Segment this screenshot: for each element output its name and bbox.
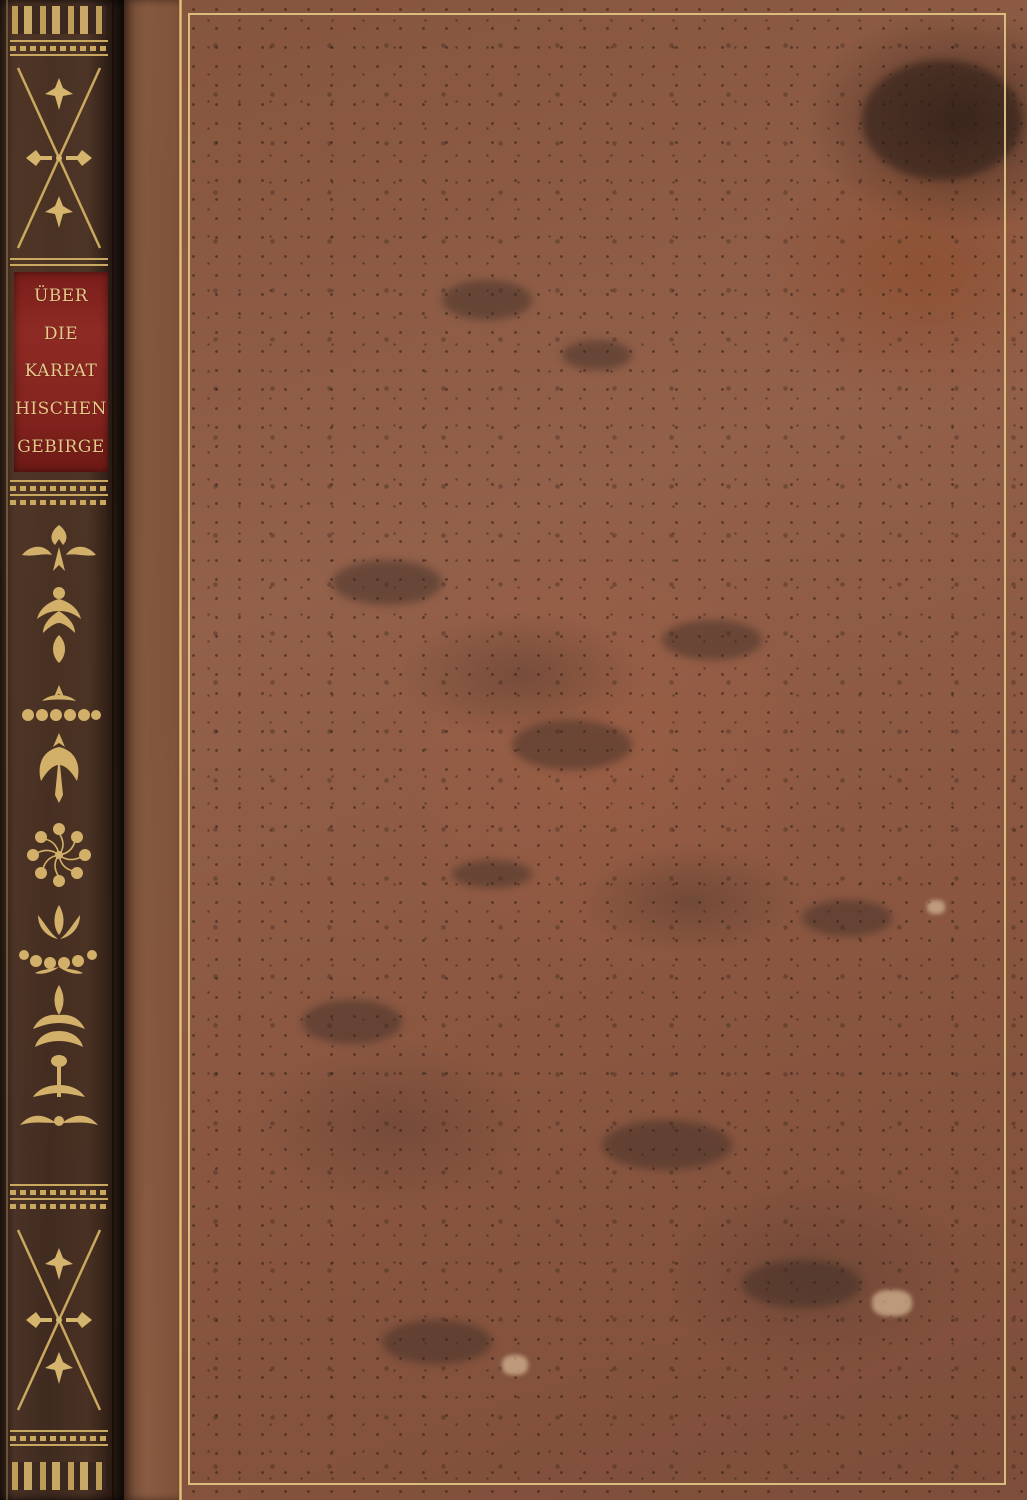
spine-band-tail bbox=[10, 1182, 108, 1212]
spine-panel-top-ornament bbox=[12, 58, 106, 258]
cross-fleuron-icon bbox=[12, 58, 106, 258]
spine-title-line-2: DIE bbox=[44, 326, 78, 343]
leather-scuff bbox=[872, 1290, 912, 1316]
spine-band-label-bottom bbox=[10, 478, 108, 508]
spine-title-line-1: ÜBER bbox=[34, 288, 88, 305]
spine-title-line-5: GEBIRGE bbox=[17, 439, 105, 456]
spine-right-edge bbox=[112, 0, 114, 1500]
spine-tail-tooling bbox=[12, 1462, 106, 1490]
gilt-ornaments-icon bbox=[12, 515, 106, 1165]
leather-blotch bbox=[382, 1320, 492, 1364]
leather-blotch bbox=[332, 560, 442, 605]
leather-scuff bbox=[927, 900, 945, 914]
cross-fleuron-icon bbox=[12, 1220, 106, 1420]
spine-head-tooling bbox=[12, 6, 106, 34]
spine-title-line-4: HISCHEN bbox=[15, 401, 107, 418]
leather-blotch bbox=[442, 280, 532, 320]
leather-blotch bbox=[302, 1000, 402, 1044]
spine-band-foot bbox=[10, 1428, 108, 1458]
leather-blotch bbox=[662, 620, 762, 660]
spine-panel-bottom-ornament bbox=[12, 1220, 106, 1420]
spine-title-line-3: KARPAT bbox=[25, 363, 98, 380]
leather-blotch bbox=[512, 720, 632, 770]
spine-ornament-column bbox=[12, 515, 106, 1165]
leather-scuff bbox=[502, 1355, 528, 1375]
leather-blotch bbox=[742, 1260, 862, 1308]
spine-title-label: ÜBER DIE KARPAT HISCHEN GEBIRGE bbox=[14, 272, 108, 472]
leather-blotch bbox=[452, 860, 532, 888]
leather-blotch bbox=[802, 900, 892, 936]
leather-blotch bbox=[562, 340, 632, 370]
board-hinge bbox=[124, 0, 180, 1500]
leather-blotch bbox=[602, 1120, 732, 1170]
leather-dark-patch bbox=[862, 60, 1022, 180]
book-spine: ÜBER DIE KARPAT HISCHEN GEBIRGE bbox=[0, 0, 124, 1500]
spine-left-edge bbox=[6, 0, 8, 1500]
front-cover bbox=[182, 0, 1027, 1500]
